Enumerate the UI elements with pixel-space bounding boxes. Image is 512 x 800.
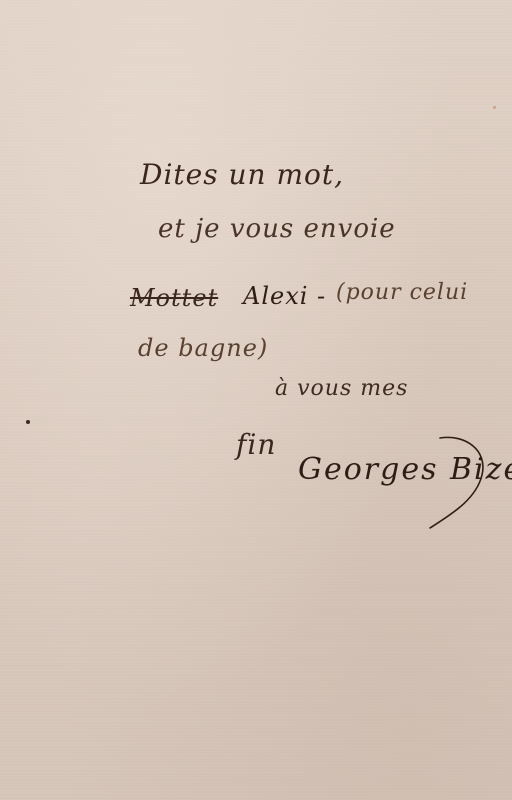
letter-page: Dites un mot, et je vous envoie Mottet A… xyxy=(0,0,512,800)
paper-stain xyxy=(493,106,496,109)
handwritten-line-3b: (pour celui xyxy=(336,280,468,305)
handwritten-line-1: Dites un mot, xyxy=(140,158,344,191)
signature-flourish-icon xyxy=(420,430,490,530)
ink-speck xyxy=(26,420,30,424)
handwritten-line-2: et je vous envoie xyxy=(158,214,396,244)
handwritten-line-5: à vous mes xyxy=(275,376,408,401)
handwritten-line-6: fin xyxy=(236,428,276,461)
handwritten-line-4: de bagne) xyxy=(138,334,268,362)
struck-through-word: Mottet xyxy=(130,284,218,312)
handwritten-line-3a: Alexi - xyxy=(243,282,326,310)
